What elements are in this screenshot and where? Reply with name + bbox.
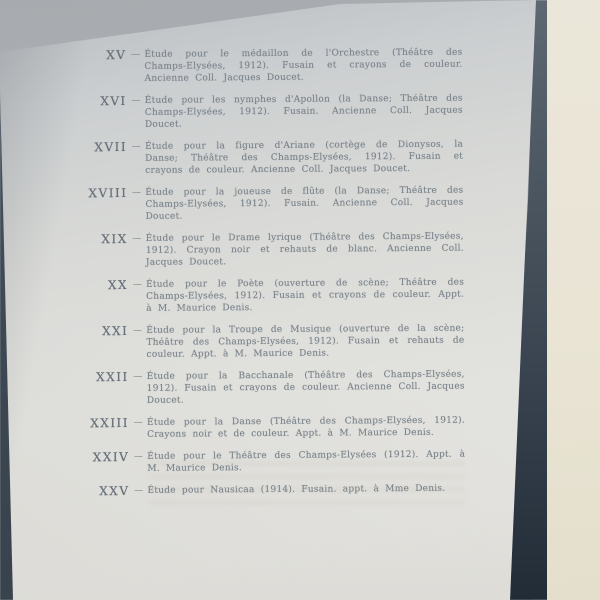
entry-dash: —	[129, 451, 147, 463]
entry-numeral: XXI	[64, 325, 128, 337]
entry-text: Étude pour le médaillon de l'Orchestre (…	[144, 47, 462, 85]
entry-text: Étude pour le Poète (ouverture de scène;…	[146, 277, 464, 315]
entry-numeral: XV	[62, 49, 126, 61]
catalog-entry: XX — Étude pour le Poète (ouverture de s…	[64, 277, 466, 316]
catalog-entry: XVIII — Étude pour la joueuse de flûte (…	[63, 185, 465, 224]
entry-numeral: XVIII	[63, 187, 127, 199]
entry-text: Étude pour la Danse (Théâtre des Champs-…	[147, 415, 465, 441]
entry-numeral: XXIV	[65, 451, 129, 463]
entry-numeral: XIX	[64, 233, 128, 245]
entry-text: Étude pour la Troupe de Musique (ouvertu…	[146, 323, 464, 361]
entry-dash: —	[127, 141, 145, 153]
entry-dash: —	[129, 371, 147, 383]
entry-numeral: XX	[64, 279, 128, 291]
catalog-entry: XIX — Étude pour le Drame lyrique (Théât…	[64, 231, 466, 270]
entry-dash: —	[127, 187, 145, 199]
catalog-entry: XVII — Étude pour la figure d'Ariane (co…	[63, 139, 465, 178]
catalog-entry: XXII — Étude pour la Bacchanale (Théâtre…	[65, 369, 467, 408]
catalog-entry: XXIII — Étude pour la Danse (Théâtre des…	[65, 415, 467, 442]
entry-numeral: XVI	[63, 95, 127, 107]
entry-text: Étude pour les nymphes d'Apollon (la Dan…	[145, 93, 463, 131]
entry-numeral: XXII	[65, 371, 129, 383]
entry-text: Étude pour la figure d'Ariane (cortège d…	[145, 139, 463, 177]
entry-dash: —	[128, 325, 146, 337]
catalog-entry: XV — Étude pour le médaillon de l'Orches…	[62, 47, 464, 86]
entry-numeral: XXV	[65, 485, 129, 497]
entry-dash: —	[127, 95, 145, 107]
photo-of-book-page: XV — Étude pour le médaillon de l'Orches…	[0, 0, 600, 600]
entry-dash: —	[129, 485, 147, 497]
entry-text: Étude pour la joueuse de flûte (la Danse…	[145, 185, 463, 223]
catalogue-entry-list: XV — Étude pour le médaillon de l'Orches…	[62, 47, 467, 508]
entry-dash: —	[129, 417, 147, 429]
entry-numeral: XXIII	[65, 417, 129, 429]
entry-dash: —	[126, 49, 144, 61]
catalogue-page: XV — Étude pour le médaillon de l'Orches…	[0, 0, 600, 600]
entry-text: Étude pour la Bacchanale (Théâtre des Ch…	[147, 369, 465, 407]
catalog-entry: XXI — Étude pour la Troupe de Musique (o…	[64, 323, 466, 362]
entry-numeral: XVII	[63, 141, 127, 153]
entry-text: Étude pour le Drame lyrique (Théâtre des…	[146, 231, 464, 269]
entry-dash: —	[128, 233, 146, 245]
entry-dash: —	[128, 279, 146, 291]
reverse-side-show-through	[150, 462, 465, 510]
catalog-entry: XVI — Étude pour les nymphes d'Apollon (…	[63, 93, 465, 132]
